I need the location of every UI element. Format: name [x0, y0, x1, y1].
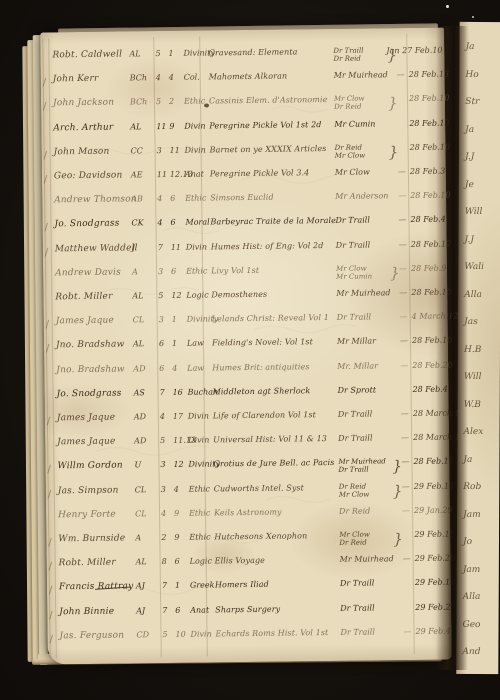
- book-title: Ellis Voyage: [215, 556, 265, 566]
- shelfmark-number: 6: [175, 557, 180, 566]
- register-row: Jo. SnodgrassAS716BuchanMiddleton agt Sh…: [45, 384, 449, 407]
- shelfmark-letters: CC: [131, 146, 143, 155]
- shelfmark-letters: J: [132, 243, 135, 252]
- book-title: Fielding's Novel: Vol 1st: [212, 338, 313, 348]
- borrower-name: Jo. Snodgrass: [54, 219, 119, 230]
- shelfmark-number: 4: [169, 73, 174, 82]
- professor-name: Dr Reid: [339, 539, 370, 547]
- professor-name: Dr Reid: [334, 103, 365, 111]
- margin-tick-mark: [49, 610, 57, 620]
- margin-tick-mark: [44, 175, 52, 185]
- shelfmark-letters: AL: [136, 557, 147, 566]
- shelfmark-number: 4: [156, 73, 161, 82]
- register-row: Willm GordonU312DivinityGrotius de Jure …: [45, 457, 449, 480]
- student-class: Law: [187, 339, 204, 348]
- professor-name: Mr Millar: [337, 337, 376, 346]
- professor-name: Mr Muirhead: [334, 70, 388, 80]
- shelfmark-number: 7: [162, 581, 167, 590]
- professor-name: Mr Anderson: [335, 191, 388, 201]
- student-class: Ethic: [189, 484, 210, 493]
- shelfmark-letters: AL: [133, 340, 144, 349]
- shelfmark-letters: AJ: [136, 606, 145, 615]
- shelfmark-number: 11: [156, 122, 166, 131]
- professor-name: Dr Traill: [338, 434, 372, 443]
- register-row: Jas. FergusonCD510DivinEchards Roms Hist…: [47, 626, 451, 649]
- book-title: Lelands Christ: Reveal Vol 1: [212, 313, 329, 323]
- shelfmark-number: 8: [162, 557, 167, 566]
- brace-glyph: }: [393, 530, 403, 548]
- register-row: John JacksonBCh52EthicCassinis Elem. d'A…: [41, 94, 445, 117]
- borrower-name: James Jaque: [57, 437, 115, 448]
- shelfmark-number: 6: [175, 605, 180, 614]
- shelfmark-number: 6: [171, 267, 176, 276]
- dash-mark: —: [399, 240, 407, 249]
- professor-name: Dr Traill: [336, 240, 370, 249]
- shelfmark-number: 4: [157, 194, 162, 203]
- shelfmark-number: 1: [172, 315, 177, 324]
- shelfmark-letters: CL: [133, 315, 145, 324]
- book-title: Humes Brit: antiquities: [212, 362, 309, 372]
- borrower-name: Arch. Arthur: [53, 122, 113, 133]
- borrower-name: Jno. Bradshaw: [56, 364, 125, 375]
- margin-tick-mark: [48, 562, 56, 572]
- shelfmark-letters: AD: [133, 364, 145, 373]
- shelfmark-number: 6: [159, 339, 164, 348]
- book-title: Sharps Surgery: [215, 604, 280, 614]
- shelfmark-letters: AJ: [136, 582, 145, 591]
- professor-name: Dr Traill: [340, 579, 374, 588]
- manuscript-photo: Robt. CaldwellAL51DivinityGravesand: Ele…: [0, 0, 500, 700]
- shelfmark-number: 3: [157, 146, 162, 155]
- borrower-name: Jo. Snodgrass: [57, 388, 122, 399]
- shelfmark-number: 11: [157, 170, 167, 179]
- professor-names: Dr ReidMr Clow: [335, 143, 366, 159]
- book-title: Grotius de Jure Bell. ac Pacis: [213, 458, 334, 468]
- dash-mark: —: [400, 361, 408, 370]
- professor-names: Dr ReidMr Clow: [339, 482, 370, 498]
- shelfmark-number: 9: [174, 533, 179, 542]
- register-row: Jno. BradshawAL61LawFielding's Novel: Vo…: [44, 336, 448, 359]
- professor-name: Mr Muirhead: [340, 554, 394, 564]
- book-gutter-shadow: [436, 26, 468, 670]
- student-class: Divin: [186, 242, 207, 251]
- register-row: Andrew ThomsonAB46EthicSimsons EuclidMr …: [42, 191, 446, 214]
- shelfmark-number: 3: [161, 485, 166, 494]
- borrower-name: Robt. Miller: [59, 558, 116, 569]
- register-row: Robt. CaldwellAL51DivinityGravesand: Ele…: [40, 46, 444, 69]
- student-class: Greek: [190, 581, 215, 590]
- shelfmark-letters: U: [134, 461, 141, 470]
- book-title: Barbeyrac Traite de la Morale: [210, 216, 336, 227]
- shelfmark-letters: AL: [132, 291, 143, 300]
- professor-name: Dr Reid: [339, 506, 370, 515]
- register-row: James JaqueAD417DivinLife of Clarendon V…: [45, 409, 449, 432]
- shelfmark-letters: A: [132, 267, 138, 276]
- shelfmark-letters: CL: [135, 509, 147, 518]
- professor-name: Dr Reid: [335, 143, 366, 151]
- student-class: Moral: [185, 218, 209, 227]
- margin-tick-mark: [46, 344, 54, 354]
- shelfmark-number: 6: [170, 194, 175, 203]
- professor-name: Mr Clow: [336, 264, 372, 272]
- dash-mark: —: [402, 482, 410, 491]
- borrower-name: John Kerr: [53, 74, 99, 85]
- shelfmark-number: 4: [172, 363, 177, 372]
- register-row: Geo: DavidsonAE1112.13AnatPeregrine Pick…: [42, 167, 446, 190]
- register-row: Henry ForteCL49EthicKeils AstronomyDr Re…: [46, 505, 450, 528]
- shelfmark-number: 6: [170, 218, 175, 227]
- margin-tick-mark: [43, 151, 51, 161]
- dash-mark: —: [403, 554, 411, 563]
- shelfmark-number: 5: [160, 436, 165, 445]
- margin-tick-mark: [46, 320, 54, 330]
- borrower-name: Francis Rattray: [59, 582, 134, 593]
- professor-names: Dr TraillDr Reid: [333, 47, 363, 63]
- borrower-name: Andrew Thomson: [54, 195, 137, 206]
- book-title: Mahomets Alkoran: [209, 72, 288, 82]
- book-title: Gravesand: Elementa: [208, 47, 297, 57]
- dash-mark: —: [397, 70, 405, 79]
- borrower-name: Willm Gordon: [57, 461, 123, 472]
- shelfmark-letters: CD: [136, 630, 149, 639]
- dash-mark: —: [401, 457, 409, 466]
- borrower-name: Robt. Miller: [55, 292, 112, 303]
- student-class: Divin: [188, 436, 209, 445]
- shelfmark-number: 3: [159, 315, 164, 324]
- professor-name: Mr Muirhead: [336, 288, 390, 298]
- shelfmark-number: 11: [171, 242, 181, 251]
- borrower-name: Jas. Simpson: [58, 485, 119, 496]
- professor-names: Mr ClowDr Reid: [334, 95, 365, 111]
- shelfmark-number: 3: [160, 460, 165, 469]
- student-class: Ethic: [186, 266, 207, 275]
- professor-names: Mr ClowDr Reid: [339, 531, 370, 547]
- book-title: Peregrine Pickle Vol 3.4: [210, 168, 310, 178]
- shelfmark-number: 3: [158, 267, 163, 276]
- student-class: Anat: [185, 170, 204, 179]
- shelfmark-number: 9: [169, 121, 174, 130]
- dash-mark: —: [403, 627, 411, 636]
- shelfmark-number: 5: [156, 97, 161, 106]
- borrower-name: John Binnie: [59, 606, 114, 617]
- book-title: Universal Hist: Vol 11 & 13: [213, 434, 327, 444]
- professor-name: Dr Traill: [340, 627, 374, 636]
- shelfmark-letters: CL: [135, 485, 147, 494]
- shelfmark-number: 9: [174, 509, 179, 518]
- professor-name: Dr Sprott: [337, 385, 376, 394]
- shelfmark-letters: AD: [134, 412, 146, 421]
- book-title: Middleton agt Sherlock: [213, 386, 311, 396]
- shelfmark-letters: AS: [134, 388, 145, 397]
- margin-tick-mark: [47, 465, 55, 475]
- book-title: Demosthenes: [211, 290, 267, 300]
- student-class: Divin: [185, 145, 206, 154]
- register-row: Wm. BurnsideA29EthicHutchesons XenophonM…: [46, 530, 450, 553]
- professor-name: Mr Cumin: [334, 119, 375, 129]
- professor-name: Mr. Millar: [337, 361, 378, 370]
- shelfmark-number: 1: [172, 339, 177, 348]
- shelfmark-number: 2: [161, 533, 166, 542]
- shelfmark-number: 5: [158, 291, 163, 300]
- shelfmark-letters: BCh: [130, 73, 147, 82]
- borrower-name: Jas. Ferguson: [59, 630, 124, 641]
- dash-mark: —: [398, 215, 406, 224]
- dash-mark: —: [400, 336, 408, 345]
- borrower-name: Andrew Davis: [55, 267, 121, 278]
- book-title: Life of Clarendon Vol 1st: [213, 410, 316, 420]
- professor-names: Mr MuirheadDr Traill: [338, 458, 386, 475]
- professor-names: Mr ClowMr Cumin: [336, 264, 372, 280]
- student-class: Ethic: [189, 508, 210, 517]
- student-class: Col.: [184, 73, 200, 82]
- register-row: John KerrBCh44Col.Mahomets AlkoranMr Mui…: [41, 70, 445, 93]
- dash-mark: —: [402, 506, 410, 515]
- book-title: Cassinis Elem. d'Astronomie: [209, 95, 328, 105]
- shelfmark-letters: CK: [131, 219, 143, 228]
- student-class: Divin: [184, 121, 205, 130]
- margin-tick-mark: [48, 538, 56, 548]
- dash-mark: —: [401, 409, 409, 418]
- professor-name: Dr Reid: [333, 55, 363, 63]
- register-row: James JaqueCL31DivinityLelands Christ: R…: [44, 312, 448, 335]
- professor-name: Dr Traill: [340, 603, 374, 612]
- margin-tick-mark: [47, 417, 55, 427]
- margin-tick-mark: [49, 634, 57, 644]
- shelfmark-number: 12: [173, 460, 183, 469]
- register-row: Francis RattrayAJ71GreekHomers IliadDr T…: [47, 578, 451, 601]
- professor-name: Dr Traill: [338, 409, 372, 418]
- margin-tick-mark: [44, 223, 52, 233]
- student-class: Logic: [190, 557, 212, 566]
- shelfmark-number: 1: [175, 581, 180, 590]
- borrower-name: Robt. Caldwell: [52, 49, 122, 60]
- shelfmark-letters: AL: [130, 122, 141, 131]
- shelfmark-number: 7: [160, 388, 165, 397]
- shelfmark-letters: BCh: [130, 98, 147, 107]
- student-class: Divin: [190, 629, 211, 638]
- student-class: Law: [187, 363, 204, 372]
- book-title: Cudworths Intel. Syst: [214, 483, 304, 493]
- shelfmark-number: 16: [173, 388, 183, 397]
- register-row: Andrew DavisA36EthicLivy Vol 1stMr ClowM…: [43, 263, 447, 286]
- margin-tick-mark: [48, 489, 56, 499]
- book-title: Echards Roms Hist. Vol 1st: [215, 628, 328, 638]
- shelfmark-number: 2: [169, 97, 174, 106]
- shelfmark-number: 6: [159, 364, 164, 373]
- borrower-name: John Mason: [54, 146, 110, 157]
- shelfmark-number: 4: [161, 509, 166, 518]
- borrower-name: James Jaque: [56, 316, 114, 327]
- brace-glyph: }: [389, 143, 399, 161]
- shelfmark-number: 12: [171, 291, 181, 300]
- register-row: John MasonCC311DivinBarnet on ye XXXIX A…: [42, 142, 446, 165]
- register-row: John BinnieAJ76AnatSharps SurgeryDr Trai…: [47, 602, 451, 625]
- register-row: Arch. ArthurAL119DivinPeregrine Pickle V…: [41, 118, 445, 141]
- professor-name: Dr Traill: [335, 216, 369, 225]
- margin-tick-mark: [49, 586, 57, 596]
- book-title: Humes Hist: of Eng: Vol 2d: [211, 241, 324, 251]
- register-row: Robt. MillerAL512LogicDemosthenesMr Muir…: [43, 288, 447, 311]
- borrower-name: James Jaque: [57, 413, 115, 424]
- borrower-name: Wm. Burnside: [58, 533, 125, 544]
- borrow-return-date: Jan 27 Feb.10: [386, 46, 442, 56]
- shelfmark-number: 4: [157, 218, 162, 227]
- dash-mark: —: [400, 312, 408, 321]
- register-page: Robt. CaldwellAL51DivinityGravesand: Ele…: [40, 28, 452, 665]
- borrower-name: Geo: Davidson: [54, 170, 123, 181]
- shelfmark-letters: AL: [129, 49, 140, 58]
- student-class: Ethic: [189, 532, 210, 541]
- shelfmark-letters: A: [135, 533, 141, 542]
- shelfmark-number: 4: [174, 484, 179, 493]
- professor-name: Dr Traill: [338, 466, 385, 475]
- register-row: James JaqueAD511.13DivinUniversal Hist: …: [45, 433, 449, 456]
- margin-tick-mark: [45, 247, 53, 257]
- professor-name: Mr Cumin: [336, 272, 372, 280]
- shelfmark-number: 4: [160, 412, 165, 421]
- dash-mark: —: [401, 433, 409, 442]
- shelfmark-letters: AD: [134, 436, 146, 445]
- professor-name: Dr Reid: [339, 482, 370, 490]
- student-class: Logic: [186, 290, 208, 299]
- borrower-name: Henry Forte: [58, 509, 116, 520]
- professor-name: Mr Muirhead: [338, 458, 385, 467]
- book-title: Hutchesons Xenophon: [214, 531, 307, 541]
- student-class: Ethic: [185, 194, 206, 203]
- shelfmark-letters: AB: [131, 194, 143, 203]
- student-class: Ethic: [184, 97, 205, 106]
- professor-name: Mr Clow: [335, 151, 366, 159]
- register-row: Matthew WaddellJ711DivinHumes Hist: of E…: [43, 239, 447, 262]
- book-title: Barnet on ye XXXIX Articles: [210, 144, 327, 154]
- shelfmark-number: 7: [158, 243, 163, 252]
- borrower-name: John Jackson: [53, 98, 114, 109]
- shelfmark-number: 5: [162, 630, 167, 639]
- professor-name: Dr Traill: [337, 313, 371, 322]
- student-class: Anat: [190, 605, 209, 614]
- shelfmark-number: 7: [162, 606, 167, 615]
- shelfmark-number: 5: [155, 49, 160, 58]
- register-row: Jas. SimpsonCL34EthicCudworths Intel. Sy…: [46, 481, 450, 504]
- dash-mark: —: [399, 264, 407, 273]
- book-title: Simsons Euclid: [210, 193, 274, 203]
- register-row: Robt. MillerAL86LogicEllis VoyageMr Muir…: [47, 554, 451, 577]
- book-title: Keils Astronomy: [214, 507, 282, 517]
- student-class: Divin: [188, 411, 209, 420]
- register-row: Jo. SnodgrassCK46MoralBarbeyrac Traite d…: [42, 215, 446, 238]
- shelfmark-number: 10: [175, 630, 185, 639]
- dash-mark: —: [398, 167, 406, 176]
- book-title: Homers Iliad: [215, 580, 269, 590]
- dust-speck: [446, 5, 449, 8]
- margin-tick-mark: [43, 78, 51, 88]
- margin-tick-mark: [43, 102, 51, 112]
- shelfmark-letters: AE: [131, 170, 143, 179]
- brace-glyph: }: [388, 95, 398, 113]
- borrower-name: Jno. Bradshaw: [56, 340, 125, 351]
- book-title: Livy Vol 1st: [211, 266, 259, 276]
- register-row: Jno. BradshawAD64LawHumes Brit: antiquit…: [44, 360, 448, 383]
- shelfmark-number: 17: [173, 412, 183, 421]
- professor-name: Mr Clow: [335, 167, 370, 176]
- shelfmark-number: 11: [170, 146, 180, 155]
- book-title: Peregrine Pickle Vol 1st 2d: [209, 120, 321, 130]
- professor-name: Mr Clow: [339, 490, 370, 498]
- dust-speck: [472, 16, 474, 18]
- register-rows: Robt. CaldwellAL51DivinityGravesand: Ele…: [40, 28, 452, 665]
- shelfmark-number: 1: [168, 49, 173, 58]
- dash-mark: —: [398, 191, 406, 200]
- dash-mark: —: [399, 288, 407, 297]
- borrower-name: Matthew Waddell: [55, 243, 138, 254]
